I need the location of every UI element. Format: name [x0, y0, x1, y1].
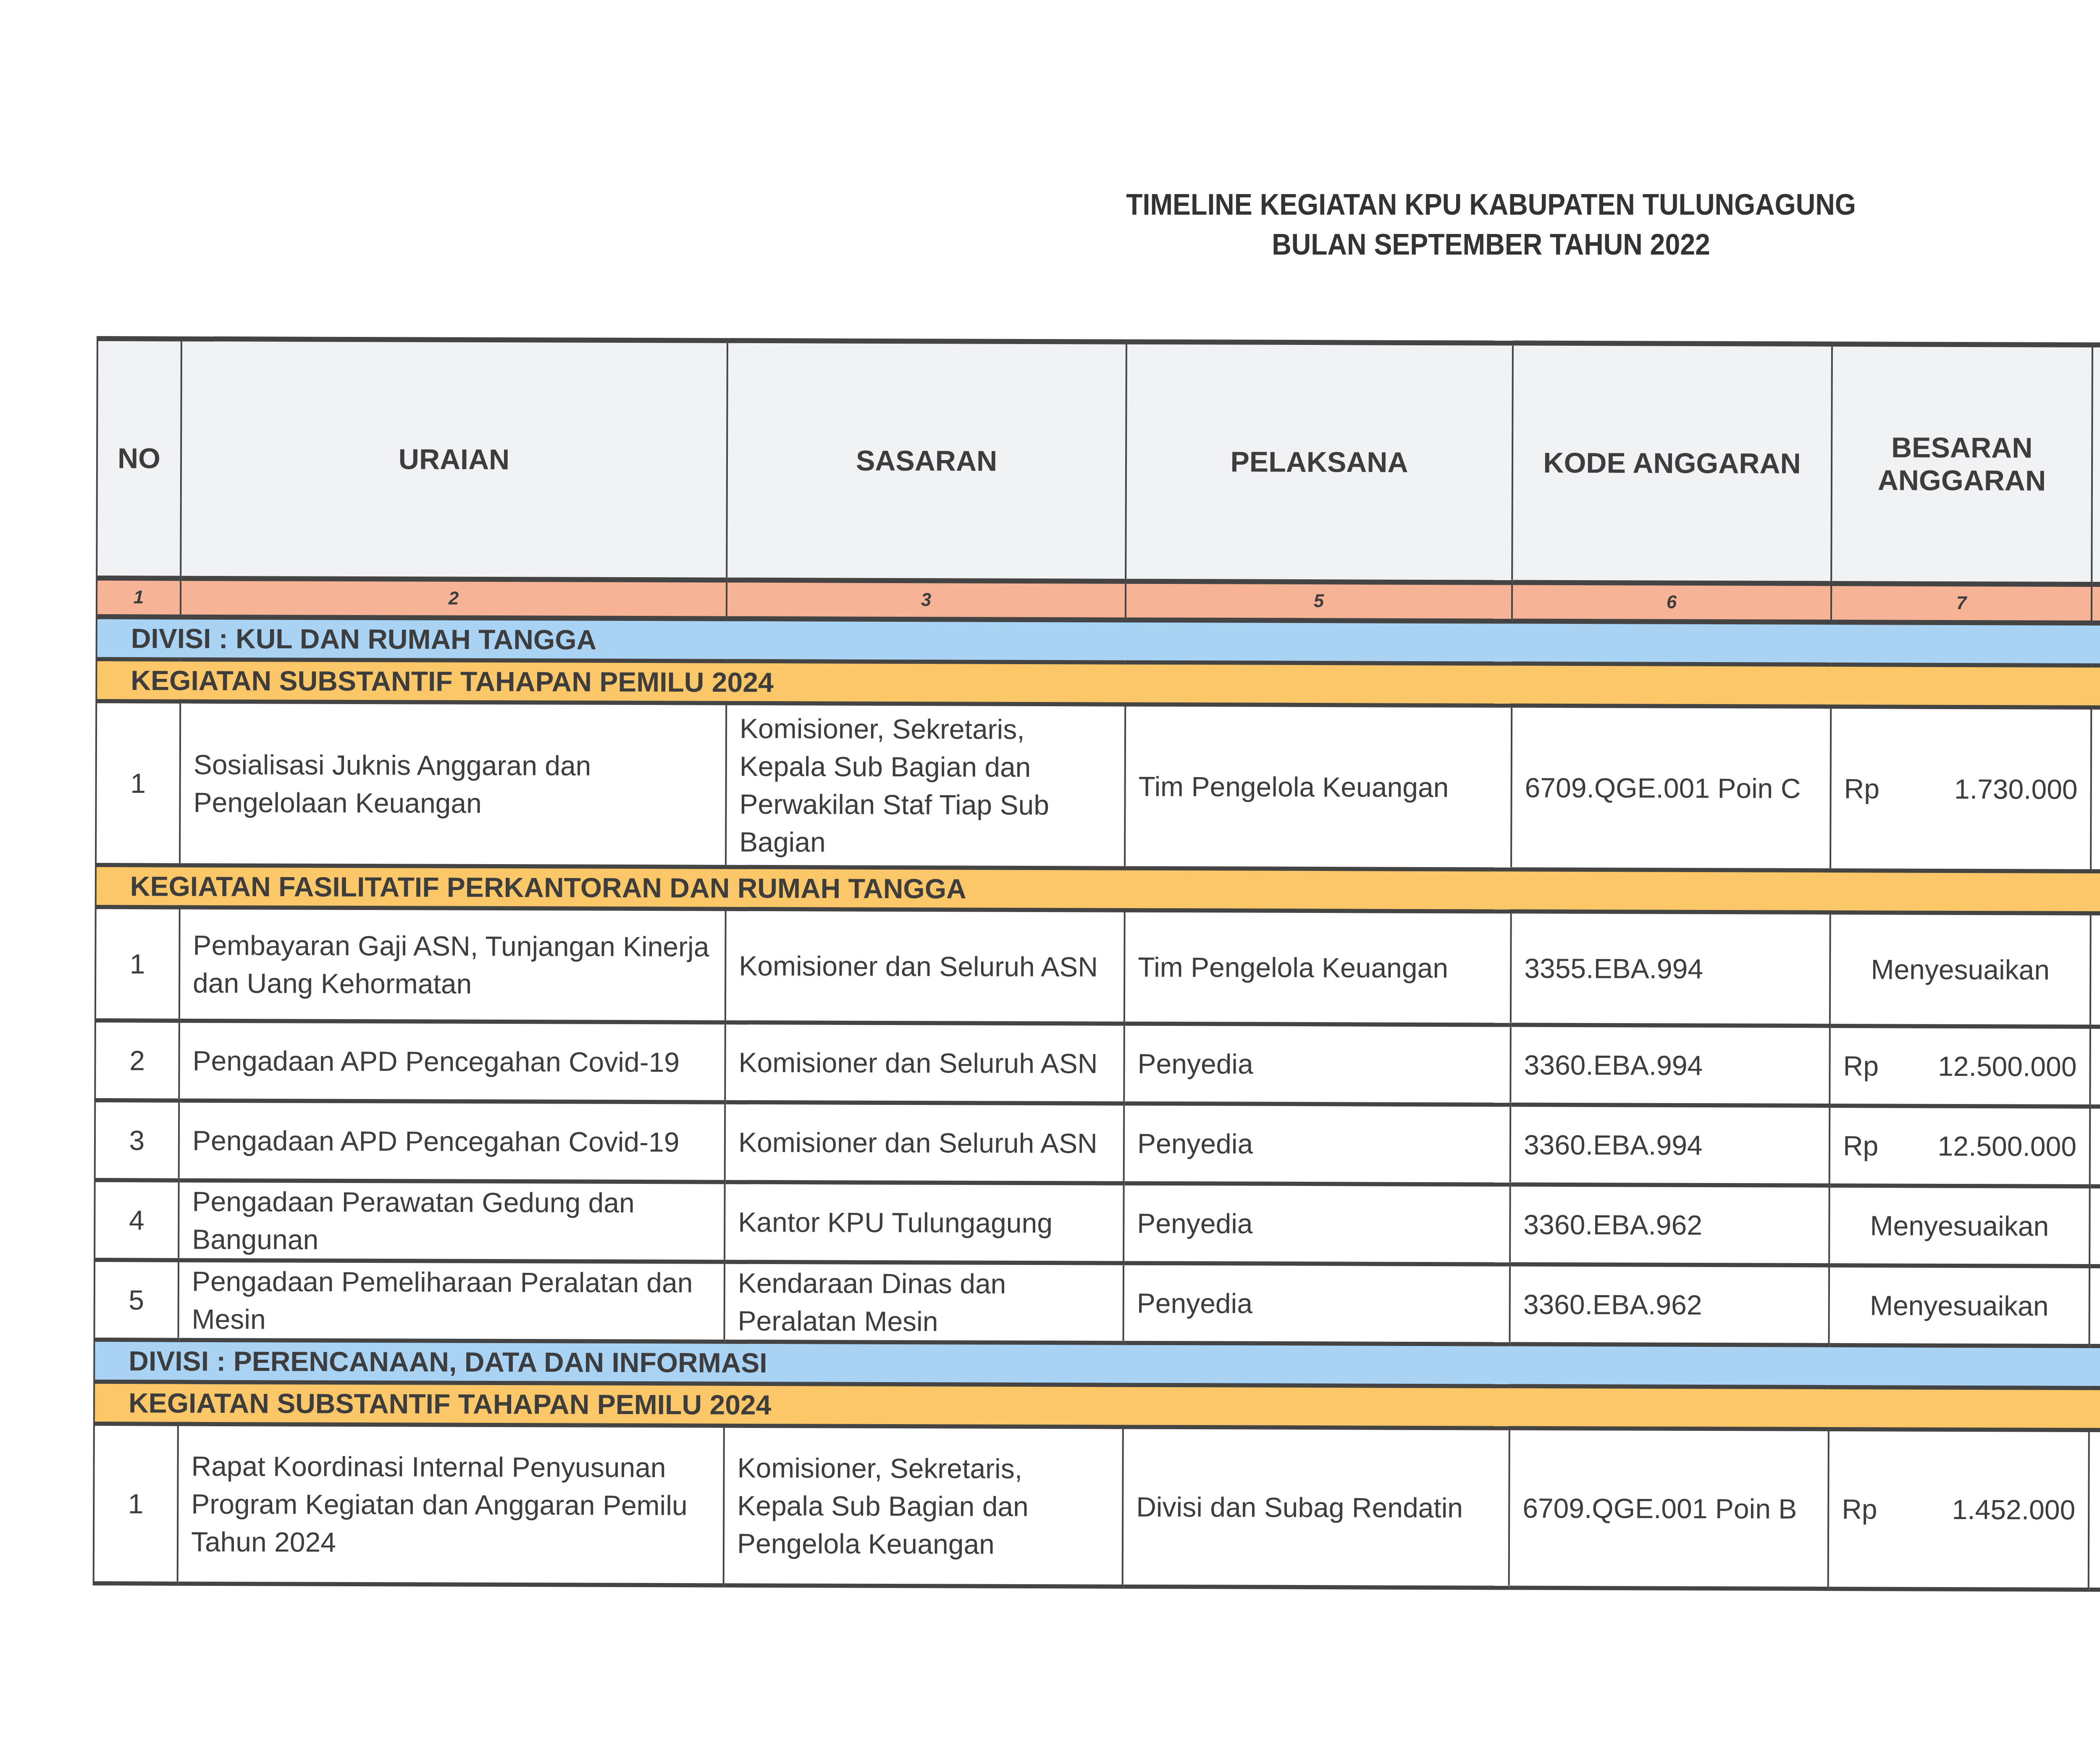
cell-sasaran: Kendaraan Dinas dan Peralatan Mesin — [724, 1262, 1123, 1343]
header-keterangan: KETERANGAN — [2092, 345, 2100, 585]
cell-besaran-anggaran: Rp1.730.000 — [1830, 707, 2091, 871]
header-kode-anggaran: KODE ANGGARAN — [1512, 343, 1832, 584]
title-line-2: BULAN SEPTEMBER TAHUN 2022 — [1047, 225, 1935, 265]
cell-no: 2 — [95, 1020, 179, 1101]
cell-pelaksana: Penyedia — [1123, 1183, 1510, 1265]
cell-sasaran: Kantor KPU Tulungagung — [724, 1182, 1124, 1263]
cell-kode-anggaran: 6709.QGE.001 Poin B — [1509, 1428, 1829, 1589]
cell-uraian: Pengadaan APD Pencegahan Covid-19 — [179, 1101, 725, 1182]
cell-besaran-anggaran: Menyesuaikan — [1829, 1186, 2090, 1266]
document-title: TIMELINE KEGIATAN KPU KABUPATEN TULUNGAG… — [1047, 185, 1935, 265]
table-row: 5Pengadaan Pemeliharaan Peralatan dan Me… — [94, 1260, 2100, 1349]
table-row: 1Pembayaran Gaji ASN, Tunjangan Kinerja … — [95, 907, 2100, 1029]
cell-sasaran: Komisioner, Sekretaris, Kepala Sub Bagia… — [726, 703, 1125, 868]
cell-uraian: Pengadaan APD Pencegahan Covid-19 — [179, 1021, 725, 1102]
table-row: 1Rapat Koordinasi Internal Penyusunan Pr… — [94, 1424, 2100, 1592]
cell-keterangan: - — [2090, 1107, 2100, 1187]
cell-kode-anggaran: 3360.EBA.962 — [1509, 1265, 1829, 1345]
cell-keterangan: Pelaksaan di Kantor KPU Tulungagung — [2091, 707, 2100, 872]
currency-label: Rp — [1844, 770, 1879, 807]
header-besaran-anggaran: BESARAN ANGGARAN — [1831, 344, 2092, 584]
cell-keterangan: - — [2089, 1186, 2100, 1267]
cell-besaran-anggaran: Rp12.500.000 — [1830, 1106, 2090, 1186]
header-sasaran: SASARAN — [727, 341, 1126, 581]
amount: 1.730.000 — [1954, 770, 2078, 808]
cell-no: 4 — [94, 1180, 179, 1260]
cell-uraian: Pembayaran Gaji ASN, Tunjangan Kinerja d… — [179, 907, 726, 1023]
currency-label: Rp — [1843, 1127, 1879, 1165]
currency-label: Rp — [1843, 1047, 1879, 1085]
cell-besaran-anggaran: Rp1.452.000 — [1828, 1429, 2089, 1590]
cell-kode-anggaran: 3355.EBA.994 — [1511, 912, 1830, 1026]
table-row: 1Sosialisasi Juknis Anggaran dan Pengelo… — [96, 701, 2100, 874]
cell-no: 1 — [95, 907, 180, 1021]
cell-kode-anggaran: 3360.EBA.994 — [1510, 1025, 1830, 1106]
cell-sasaran: Komisioner dan Seluruh ASN — [725, 1102, 1124, 1183]
cell-kode-anggaran: 3360.EBA.962 — [1510, 1185, 1830, 1265]
cell-keterangan: - — [2089, 1266, 2100, 1347]
table-row: 2Pengadaan APD Pencegahan Covid-19Komisi… — [95, 1020, 2100, 1109]
cell-kode-anggaran: 6709.QGE.001 Poin C — [1511, 706, 1831, 870]
amount: 1.452.000 — [1952, 1491, 2075, 1529]
cell-pelaksana: Penyedia — [1123, 1263, 1510, 1344]
cell-no: 1 — [96, 701, 180, 865]
cell-pelaksana: Tim Pengelola Keuangan — [1125, 705, 1512, 870]
amount: 12.500.000 — [1937, 1127, 2076, 1165]
cell-besaran-anggaran: Rp12.500.000 — [1830, 1026, 2090, 1107]
cell-besaran-anggaran: Menyesuaikan — [1830, 912, 2091, 1027]
header-no: NO — [97, 339, 181, 578]
cell-uraian: Pengadaan Perawatan Gedung dan Bangunan — [178, 1180, 725, 1262]
cell-uraian: Sosialisasi Juknis Anggaran dan Pengelol… — [180, 702, 726, 867]
header-pelaksana: PELAKSANA — [1126, 342, 1513, 583]
cell-pelaksana: Tim Pengelola Keuangan — [1124, 910, 1511, 1025]
cell-no: 5 — [94, 1260, 178, 1340]
cell-pelaksana: Divisi dan Subag Rendatin — [1123, 1427, 1509, 1588]
currency-label: Rp — [1842, 1490, 1877, 1528]
cell-keterangan: Pelaksaan di Kantor KPU Tulungagung — [2089, 1430, 2100, 1590]
cell-no: 3 — [95, 1100, 179, 1180]
cell-sasaran: Komisioner dan Seluruh ASN — [725, 909, 1125, 1024]
table-row: 4Pengadaan Perawatan Gedung dan Bangunan… — [94, 1180, 2100, 1269]
cell-uraian: Rapat Koordinasi Internal Penyusunan Pro… — [178, 1424, 724, 1585]
timeline-table: NO URAIAN SASARAN PELAKSANA KODE ANGGARA… — [93, 336, 2100, 1594]
cell-besaran-anggaran: Menyesuaikan — [1829, 1265, 2089, 1346]
table-row: 3Pengadaan APD Pencegahan Covid-19Komisi… — [95, 1100, 2100, 1189]
cell-sasaran: Komisioner, Sekretaris, Kepala Sub Bagia… — [724, 1426, 1123, 1587]
cell-uraian: Pengadaan Pemeliharaan Peralatan dan Mes… — [178, 1260, 724, 1342]
cell-pelaksana: Penyedia — [1124, 1024, 1511, 1105]
cell-pelaksana: Penyedia — [1124, 1104, 1511, 1185]
cell-no: 1 — [94, 1424, 178, 1584]
cell-kode-anggaran: 3360.EBA.994 — [1510, 1105, 1830, 1186]
amount: 12.500.000 — [1938, 1047, 2077, 1086]
cell-sasaran: Komisioner dan Seluruh ASN — [725, 1023, 1124, 1104]
header-uraian: URAIAN — [181, 339, 727, 580]
cell-keterangan: - — [2090, 913, 2100, 1028]
cell-keterangan: - — [2090, 1027, 2100, 1107]
title-line-1: TIMELINE KEGIATAN KPU KABUPATEN TULUNGAG… — [1047, 185, 1935, 225]
